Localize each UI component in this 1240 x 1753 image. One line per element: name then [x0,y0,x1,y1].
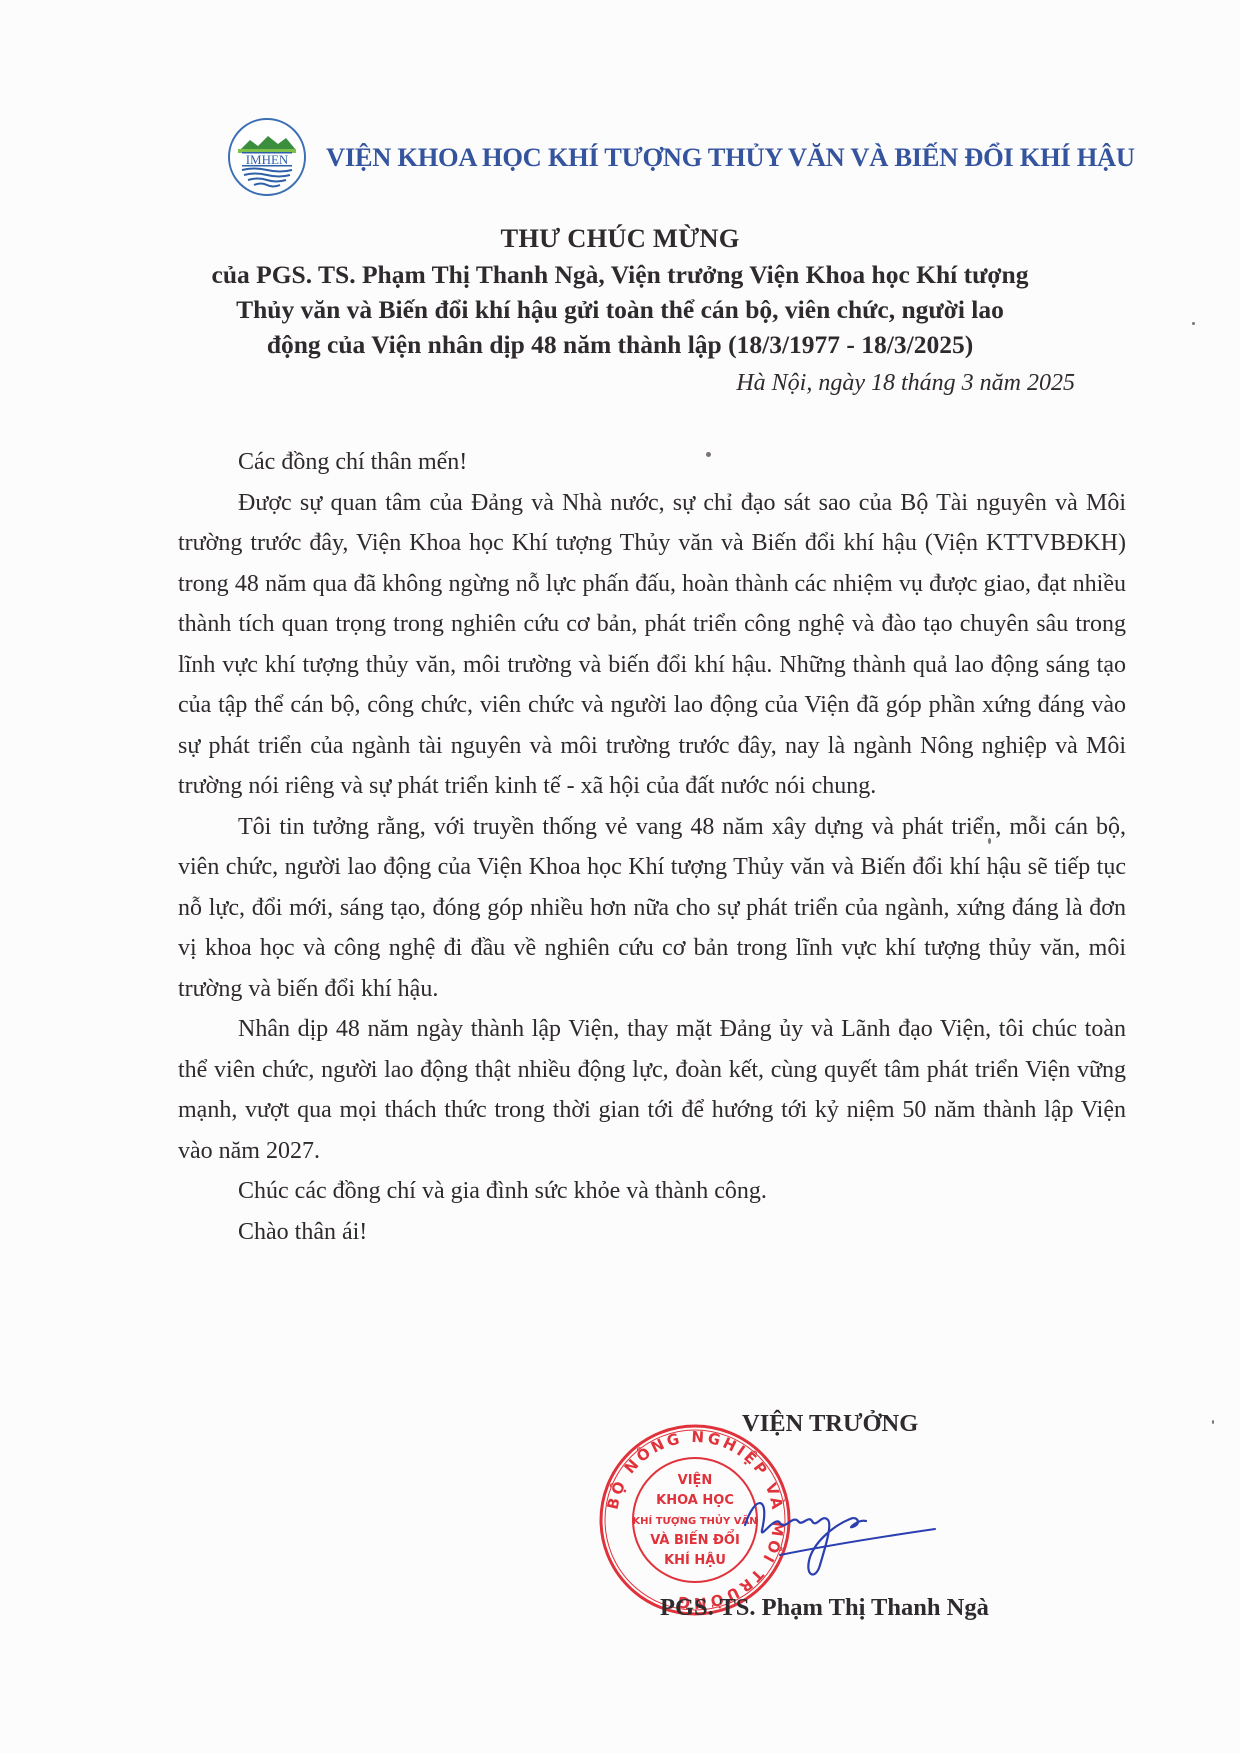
subtitle-line: của PGS. TS. Phạm Thị Thanh Ngà, Viện tr… [150,257,1090,292]
letter-subtitle: của PGS. TS. Phạm Thị Thanh Ngà, Viện tr… [150,257,1090,362]
letter-body: Các đồng chí thân mến! Được sự quan tâm … [178,442,1126,1252]
svg-text:VÀ BIẾN ĐỔI: VÀ BIẾN ĐỔI [650,1530,740,1548]
letter-page: IMHEN VIỆN KHOA HỌC KHÍ TƯỢNG THỦY VĂN V… [0,0,1240,1753]
scan-speck [988,838,991,844]
body-paragraph: Nhân dịp 48 năm ngày thành lập Viện, tha… [178,1009,1126,1171]
scan-speck [706,452,711,457]
letter-title-block: THƯ CHÚC MỪNG của PGS. TS. Phạm Thị Than… [150,222,1090,362]
imhen-logo-icon: IMHEN [228,118,306,196]
place-date: Hà Nội, ngày 18 tháng 3 năm 2025 [736,370,1075,397]
svg-text:KHÍ TƯỢNG THỦY VĂN: KHÍ TƯỢNG THỦY VĂN [632,1513,757,1527]
handwritten-signature-icon [740,1485,940,1585]
letter-title: THƯ CHÚC MỪNG [150,222,1090,254]
subtitle-line: động của Viện nhân dịp 48 năm thành lập … [150,327,1090,362]
signatory-name: PGS. TS. Phạm Thị Thanh Ngà [660,1594,989,1622]
salutation: Các đồng chí thân mến! [178,442,1126,483]
scan-speck [1212,1420,1214,1424]
svg-text:KHOA HỌC: KHOA HỌC [656,1493,734,1508]
svg-text:KHÍ HẬU: KHÍ HẬU [664,1552,726,1568]
body-paragraph: Tôi tin tưởng rằng, với truyền thống vẻ … [178,807,1126,1010]
subtitle-line: Thủy văn và Biến đổi khí hậu gửi toàn th… [150,292,1090,327]
scan-speck [1192,322,1195,325]
signatory-title: VIỆN TRƯỞNG [742,1410,918,1438]
svg-text:VIỆN: VIỆN [678,1472,713,1488]
svg-text:IMHEN: IMHEN [246,152,289,167]
body-paragraph: Chúc các đồng chí và gia đình sức khỏe v… [178,1171,1126,1212]
organization-name: VIỆN KHOA HỌC KHÍ TƯỢNG THỦY VĂN VÀ BIẾN… [326,142,1135,173]
letterhead: IMHEN VIỆN KHOA HỌC KHÍ TƯỢNG THỦY VĂN V… [228,118,1135,196]
closing: Chào thân ái! [178,1212,1126,1253]
body-paragraph: Được sự quan tâm của Đảng và Nhà nước, s… [178,483,1126,807]
